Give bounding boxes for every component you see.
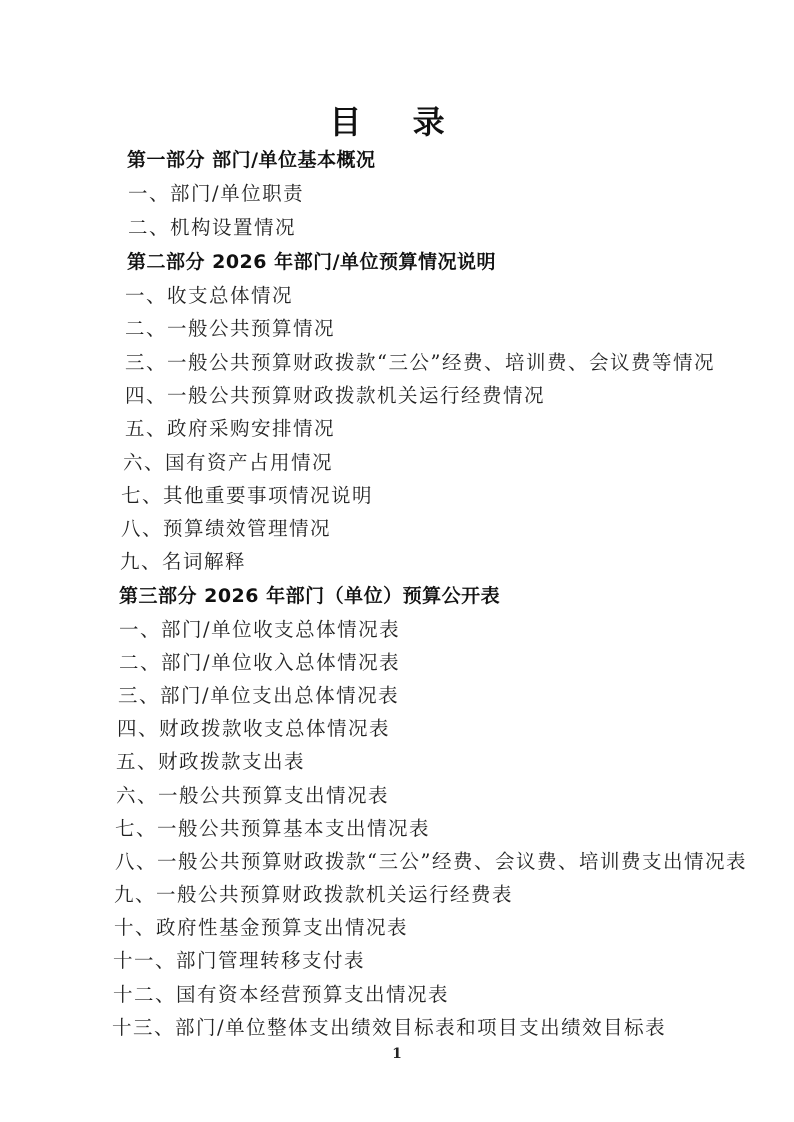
toc-entry: 十二、国有资本经营预算支出情况表	[113, 982, 449, 1008]
toc-entry: 八、预算绩效管理情况	[121, 516, 331, 542]
toc-entry: 八、一般公共预算财政拨款“三公”经费、会议费、培训费支出情况表	[115, 849, 747, 875]
toc-entry: 二、部门/单位收入总体情况表	[119, 650, 400, 676]
toc-entry: 七、一般公共预算基本支出情况表	[115, 816, 430, 842]
toc-entry: 六、一般公共预算支出情况表	[116, 783, 389, 809]
toc-entry: 一、收支总体情况	[125, 283, 293, 309]
toc-title: 目 录	[0, 98, 794, 146]
toc-entry: 十三、部门/单位整体支出绩效目标表和项目支出绩效目标表	[112, 1015, 666, 1041]
toc-entry: 五、财政拨款支出表	[116, 749, 305, 775]
toc-entry: 十、政府性基金预算支出情况表	[114, 915, 408, 941]
toc-entry: 九、名词解释	[120, 549, 246, 575]
toc-entry: 二、一般公共预算情况	[125, 316, 335, 342]
toc-part-heading: 第一部分 部门/单位基本概况	[127, 147, 376, 173]
toc-entry: 二、机构设置情况	[128, 215, 296, 241]
page-number: 1	[0, 1046, 794, 1062]
toc-part-heading: 第二部分 2026 年部门/单位预算情况说明	[127, 249, 496, 275]
toc-entry: 三、一般公共预算财政拨款“三公”经费、培训费、会议费等情况	[125, 350, 715, 376]
toc-entry: 三、部门/单位支出总体情况表	[118, 683, 399, 709]
toc-entry: 一、部门/单位职责	[128, 181, 304, 207]
toc-entry: 七、其他重要事项情况说明	[121, 483, 373, 509]
toc-entry: 一、部门/单位收支总体情况表	[119, 617, 400, 643]
toc-entry: 五、政府采购安排情况	[125, 416, 335, 442]
toc-entry: 六、国有资产占用情况	[123, 450, 333, 476]
toc-entry: 四、一般公共预算财政拨款机关运行经费情况	[125, 383, 545, 409]
document-page: 目 录 第一部分 部门/单位基本概况一、部门/单位职责二、机构设置情况第二部分 …	[0, 0, 794, 1122]
toc-part-heading: 第三部分 2026 年部门（单位）预算公开表	[119, 583, 500, 609]
toc-entry: 十一、部门管理转移支付表	[113, 948, 365, 974]
toc-entry: 四、财政拨款收支总体情况表	[117, 716, 390, 742]
toc-entry: 九、一般公共预算财政拨款机关运行经费表	[114, 882, 513, 908]
